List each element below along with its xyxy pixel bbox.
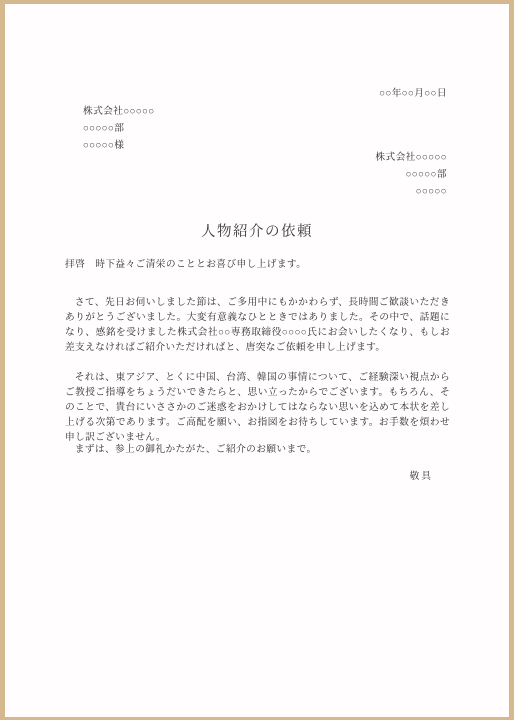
- recipient-department: ○○○○○部: [83, 120, 155, 137]
- recipient-name: ○○○○○様: [83, 137, 155, 154]
- body-paragraph-2: それは、東アジア、とくに中国、台湾、韓国の事情について、ご経験深い視点からご教授…: [65, 370, 450, 445]
- sender-department: ○○○○○部: [375, 166, 447, 183]
- sender-block: 株式会社○○○○○ ○○○○○部 ○○○○○: [375, 149, 447, 200]
- body-paragraph-1: さて、先日お伺いしました節は、ご多用中にもかかわらず、長時間ご歓談いただきありが…: [65, 295, 450, 355]
- sender-company: 株式会社○○○○○: [375, 149, 447, 166]
- closing-word: 敬具: [410, 469, 433, 484]
- date-line: ○○年○○月○○日: [379, 86, 447, 101]
- recipient-company: 株式会社○○○○○: [83, 103, 155, 120]
- letter-page: ○○年○○月○○日 株式会社○○○○○ ○○○○○部 ○○○○○様 株式会社○○…: [0, 0, 514, 720]
- salutation-line: 拝啓 時下益々ご清栄のこととお喜び申し上げます。: [65, 257, 306, 272]
- recipient-block: 株式会社○○○○○ ○○○○○部 ○○○○○様: [83, 103, 155, 154]
- closing-line: まずは、参上の御礼かたがた、ご紹介のお願いまで。: [65, 442, 317, 457]
- sender-name: ○○○○○: [375, 183, 447, 200]
- letter-title: 人物紹介の依頼: [5, 225, 509, 240]
